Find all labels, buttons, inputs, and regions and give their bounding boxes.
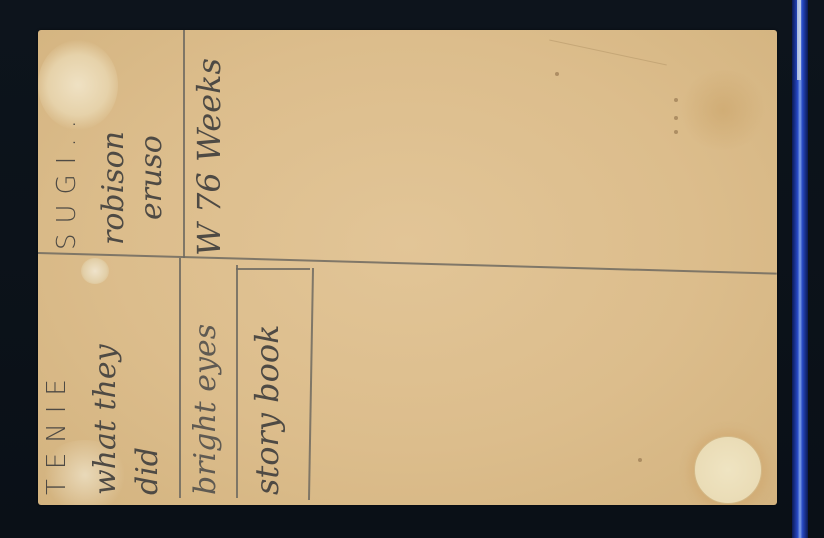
- horizontal-rule: [236, 268, 310, 270]
- blue-light-streak: [792, 0, 808, 538]
- spot: [638, 458, 642, 462]
- name-text: TENIE: [42, 369, 72, 495]
- handwritten-text: story book: [248, 325, 286, 496]
- handwritten-text: bright eyes: [188, 324, 223, 495]
- crease: [549, 40, 667, 66]
- handwritten-text: robison: [96, 131, 131, 245]
- spot: [674, 98, 678, 102]
- stain: [678, 70, 768, 150]
- handwritten-text: what they: [88, 344, 123, 495]
- spot: [555, 72, 559, 76]
- handwritten-text: eruso: [134, 135, 169, 220]
- name-text: SUGI..: [52, 110, 82, 250]
- spot: [674, 130, 678, 134]
- round-sticker-residue: [694, 436, 762, 504]
- vertical-rule: [236, 265, 238, 498]
- vertical-rule: [179, 258, 181, 498]
- vertical-rule: [183, 30, 185, 258]
- handwritten-text: did: [130, 447, 165, 495]
- handwritten-card: SUGI.. robison eruso W 76 Weeks TENIE wh…: [38, 30, 777, 505]
- vertical-rule: [308, 268, 314, 500]
- horizontal-rule: [38, 252, 777, 274]
- spot: [674, 116, 678, 120]
- handwritten-text: W 76 Weeks: [190, 58, 228, 256]
- tape-residue: [81, 258, 109, 284]
